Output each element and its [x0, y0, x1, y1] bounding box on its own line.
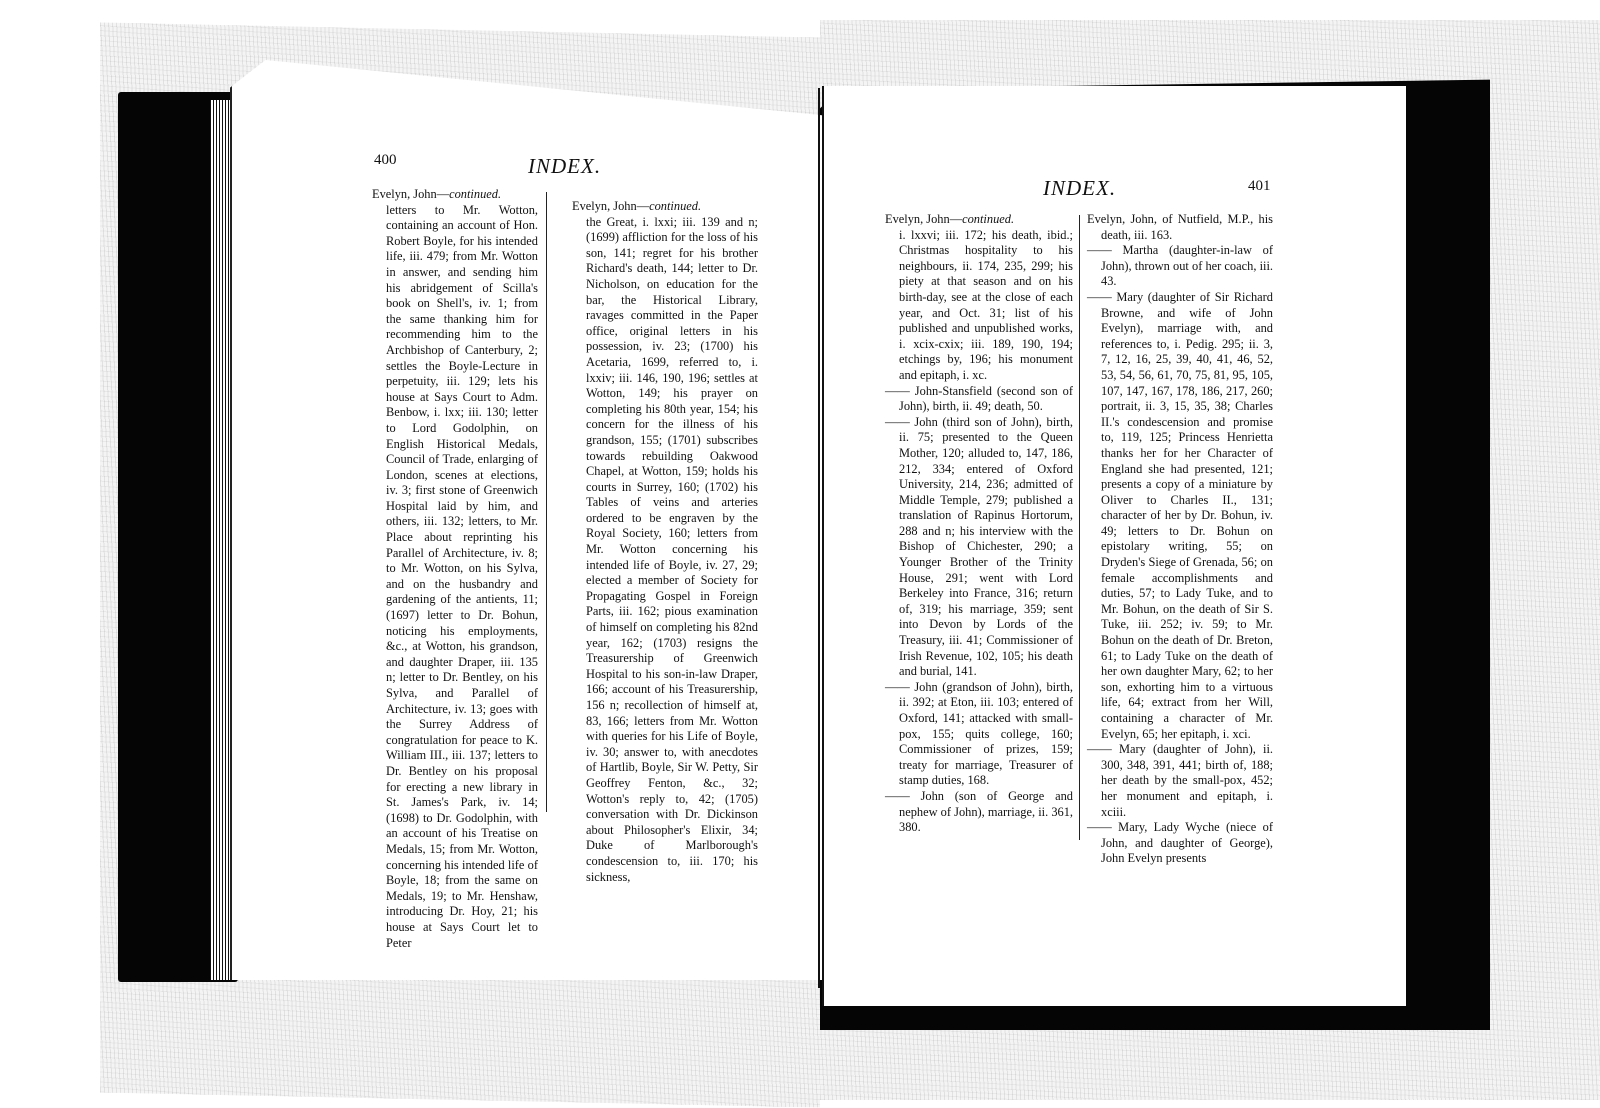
sub-entry: —— John (son of George and nephew of Joh… [885, 789, 1073, 836]
entry-heading: Evelyn, John—continued. [572, 199, 758, 215]
sub-entry: —— John (third son of John), birth, ii. … [885, 415, 1073, 680]
sub-entry: Evelyn, John, of Nutfield, M.P., his dea… [1087, 212, 1273, 243]
sub-entry: —— John (grandson of John), birth, ii. 3… [885, 680, 1073, 789]
right-running-title: INDEX. [1043, 176, 1116, 201]
sub-entry: —— Mary (daughter of Sir Richard Browne,… [1087, 290, 1273, 742]
entry-text: letters to Mr. Wotton, containing an acc… [372, 203, 538, 952]
column-rule [546, 192, 547, 812]
column-rule [1079, 215, 1080, 840]
right-column-1: Evelyn, John—continued. i. lxxvi; iii. 1… [885, 212, 1073, 836]
entry-heading: Evelyn, John—continued. [885, 212, 1073, 228]
left-page-header: 400 [374, 152, 397, 169]
entry-text: i. lxxvi; iii. 172; his death, ibid.; Ch… [885, 228, 1073, 384]
sub-entry: —— John-Stansfield (second son of John),… [885, 384, 1073, 415]
book-gutter [818, 88, 820, 988]
sub-entry: —— Mary, Lady Wyche (niece of John, and … [1087, 820, 1273, 867]
left-column-1: Evelyn, John—continued. letters to Mr. W… [372, 187, 538, 951]
left-column-2: Evelyn, John—continued. the Great, i. lx… [572, 199, 758, 885]
right-column-2: Evelyn, John, of Nutfield, M.P., his dea… [1087, 212, 1273, 867]
entry-text: the Great, i. lxxi; iii. 139 and n; (169… [572, 215, 758, 886]
right-page-header: 401 [1248, 178, 1271, 195]
sub-entry: —— Martha (daughter-in-law of John), thr… [1087, 243, 1273, 290]
page-number: 401 [1248, 178, 1271, 194]
sub-entry: —— Mary (daughter of John), ii. 300, 348… [1087, 742, 1273, 820]
running-title: INDEX. [1043, 176, 1116, 200]
running-title: INDEX. [528, 154, 601, 178]
page-edges [210, 100, 232, 980]
entry-heading: Evelyn, John—continued. [372, 187, 538, 203]
page-number: 400 [374, 152, 397, 168]
left-running-title: INDEX. [528, 154, 601, 179]
